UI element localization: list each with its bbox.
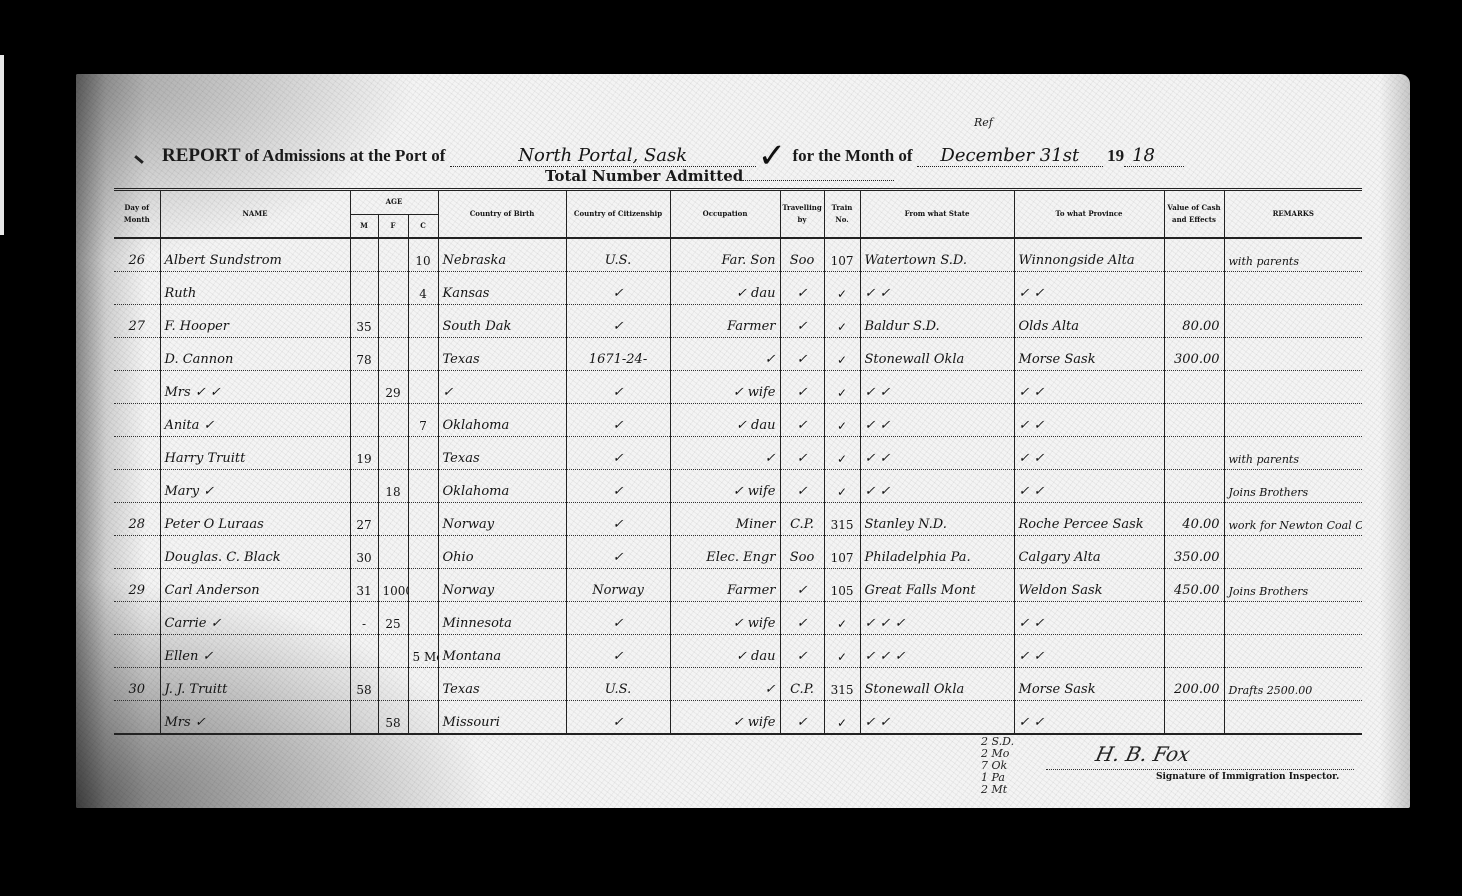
cell-to-province: Winnongside Alta: [1014, 238, 1164, 272]
cell-age-c: 10: [408, 238, 438, 272]
cell-train-no: 107: [824, 238, 860, 272]
cell-name: Mary ✓: [160, 470, 350, 503]
cell-remarks: [1224, 536, 1362, 569]
cell-from-state: Watertown S.D.: [860, 238, 1014, 272]
cell-age-m: 35: [350, 305, 378, 338]
cell-age-c: [408, 371, 438, 404]
cell-age-c: [408, 305, 438, 338]
cell-country-birth: Montana: [438, 635, 566, 668]
cell-cash-value: [1164, 701, 1224, 735]
cell-age-m: [350, 272, 378, 305]
admissions-table: Day of Month NAME AGE Country of Birth C…: [114, 188, 1362, 735]
cell-to-province: ✓ ✓: [1014, 404, 1164, 437]
cell-occupation: Far. Son: [670, 238, 780, 272]
table-row: 27F. Hooper35South Dak✓Farmer✓✓Baldur S.…: [114, 305, 1362, 338]
cell-name: D. Cannon: [160, 338, 350, 371]
for-month-label: for the Month of: [792, 146, 912, 165]
cell-remarks: Joins Brothers: [1224, 569, 1362, 602]
cell-from-state: Great Falls Mont: [860, 569, 1014, 602]
cell-day: 27: [114, 305, 160, 338]
cell-to-province: ✓ ✓: [1014, 602, 1164, 635]
cell-travelling-by: ✓: [780, 470, 824, 503]
cell-travelling-by: ✓: [780, 569, 824, 602]
cell-from-state: ✓ ✓: [860, 272, 1014, 305]
cell-age-c: [408, 470, 438, 503]
cell-country-citizenship: Norway: [566, 569, 670, 602]
cell-cash-value: [1164, 437, 1224, 470]
tally-line: 2 Mt: [981, 784, 1014, 796]
header-from-state: From what State: [860, 190, 1014, 239]
total-label: Total Number Admitted: [545, 167, 743, 185]
cell-train-no: 315: [824, 668, 860, 701]
cell-travelling-by: C.P.: [780, 668, 824, 701]
cell-age-f: [378, 635, 408, 668]
cell-from-state: ✓ ✓ ✓: [860, 635, 1014, 668]
cell-remarks: [1224, 371, 1362, 404]
year-prefix: 19: [1107, 146, 1124, 165]
table-row: Carrie ✓-25Minnesota✓✓ wife✓✓✓ ✓ ✓✓ ✓: [114, 602, 1362, 635]
header-remarks: REMARKS: [1224, 190, 1362, 239]
cell-remarks: [1224, 635, 1362, 668]
cell-train-no: 315: [824, 503, 860, 536]
cell-cash-value: 450.00: [1164, 569, 1224, 602]
table-row: Mary ✓18Oklahoma✓✓ wife✓✓✓ ✓✓ ✓Joins Bro…: [114, 470, 1362, 503]
cell-age-c: [408, 503, 438, 536]
cell-to-province: Calgary Alta: [1014, 536, 1164, 569]
title-rest: of Admissions at the Port of: [245, 146, 446, 165]
table-row: Douglas. C. Black30Ohio✓Elec. EngrSoo107…: [114, 536, 1362, 569]
cell-age-f: [378, 338, 408, 371]
cell-name: F. Hooper: [160, 305, 350, 338]
cell-name: Carl Anderson: [160, 569, 350, 602]
month-value: December 31st: [917, 145, 1103, 167]
cell-name: Mrs ✓: [160, 701, 350, 735]
cell-cash-value: [1164, 602, 1224, 635]
cell-remarks: with parents: [1224, 437, 1362, 470]
cell-occupation: ✓ dau: [670, 272, 780, 305]
tally-notes: 2 S.D. 2 Mo 7 Ok 1 Pa 2 Mt: [981, 736, 1014, 796]
cell-age-m: 58: [350, 668, 378, 701]
cell-age-m: [350, 635, 378, 668]
table-body: 26Albert Sundstrom10NebraskaU.S.Far. Son…: [114, 238, 1362, 734]
header-to-province: To what Province: [1014, 190, 1164, 239]
cell-occupation: Elec. Engr: [670, 536, 780, 569]
cell-age-m: 19: [350, 437, 378, 470]
cell-age-c: [408, 701, 438, 735]
cell-country-citizenship: ✓: [566, 602, 670, 635]
signature-line: [1046, 769, 1354, 770]
cell-country-citizenship: ✓: [566, 470, 670, 503]
cell-age-m: [350, 238, 378, 272]
cell-train-no: ✓: [824, 371, 860, 404]
film-edge: [0, 55, 4, 235]
cell-age-m: [350, 371, 378, 404]
cell-train-no: ✓: [824, 338, 860, 371]
cell-country-citizenship: ✓: [566, 701, 670, 735]
cell-country-citizenship: U.S.: [566, 668, 670, 701]
cell-day: 26: [114, 238, 160, 272]
cell-age-c: [408, 437, 438, 470]
cell-train-no: ✓: [824, 470, 860, 503]
header-train-no: Train No.: [824, 190, 860, 239]
cell-cash-value: 300.00: [1164, 338, 1224, 371]
cell-age-f: 18: [378, 470, 408, 503]
cell-age-f: [378, 238, 408, 272]
cell-from-state: ✓ ✓: [860, 701, 1014, 735]
header-day: Day of Month: [114, 190, 160, 239]
cell-remarks: [1224, 404, 1362, 437]
cell-age-f: [378, 305, 408, 338]
cell-country-citizenship: ✓: [566, 635, 670, 668]
cell-country-citizenship: ✓: [566, 371, 670, 404]
cell-country-citizenship: ✓: [566, 404, 670, 437]
cell-to-province: Olds Alta: [1014, 305, 1164, 338]
cell-cash-value: 200.00: [1164, 668, 1224, 701]
table-row: Ruth4Kansas✓✓ dau✓✓✓ ✓✓ ✓: [114, 272, 1362, 305]
header-age-m: M: [350, 214, 378, 238]
cell-day: [114, 272, 160, 305]
cell-remarks: [1224, 701, 1362, 735]
cell-country-birth: Kansas: [438, 272, 566, 305]
cell-country-citizenship: U.S.: [566, 238, 670, 272]
table-row: 30J. J. Truitt58TexasU.S.✓C.P.315Stonewa…: [114, 668, 1362, 701]
cell-from-state: ✓ ✓: [860, 470, 1014, 503]
header-cash: Value of Cash and Effects: [1164, 190, 1224, 239]
cell-country-citizenship: ✓: [566, 305, 670, 338]
cell-country-birth: South Dak: [438, 305, 566, 338]
cell-age-c: 4: [408, 272, 438, 305]
cell-from-state: Stonewall Okla: [860, 668, 1014, 701]
cell-remarks: Joins Brothers: [1224, 470, 1362, 503]
cell-day: [114, 437, 160, 470]
cell-from-state: Philadelphia Pa.: [860, 536, 1014, 569]
cell-country-birth: ✓: [438, 371, 566, 404]
cell-day: [114, 701, 160, 735]
cell-age-m: 30: [350, 536, 378, 569]
cell-country-citizenship: ✓: [566, 437, 670, 470]
cell-name: Peter O Luraas: [160, 503, 350, 536]
cell-occupation: Farmer: [670, 305, 780, 338]
cell-to-province: Weldon Sask: [1014, 569, 1164, 602]
cell-country-citizenship: ✓: [566, 272, 670, 305]
inspector-signature: H. B. Fox: [1093, 742, 1192, 766]
cell-country-citizenship: ✓: [566, 536, 670, 569]
cell-age-c: [408, 602, 438, 635]
cell-travelling-by: C.P.: [780, 503, 824, 536]
table-row: Harry Truitt19Texas✓✓✓✓✓ ✓✓ ✓with parent…: [114, 437, 1362, 470]
table-row: Anita ✓7Oklahoma✓✓ dau✓✓✓ ✓✓ ✓: [114, 404, 1362, 437]
total-value: [743, 180, 894, 181]
ref-note: Ref: [974, 116, 993, 129]
cell-train-no: ✓: [824, 602, 860, 635]
register-page: REPORT of Admissions at the Port of Nort…: [76, 74, 1410, 808]
cell-day: [114, 602, 160, 635]
cell-day: [114, 371, 160, 404]
cell-day: [114, 635, 160, 668]
cell-travelling-by: ✓: [780, 701, 824, 735]
cell-train-no: ✓: [824, 305, 860, 338]
cell-name: J. J. Truitt: [160, 668, 350, 701]
cell-country-birth: Texas: [438, 437, 566, 470]
cell-occupation: ✓ wife: [670, 371, 780, 404]
table-row: 26Albert Sundstrom10NebraskaU.S.Far. Son…: [114, 238, 1362, 272]
cell-to-province: ✓ ✓: [1014, 470, 1164, 503]
header-name: NAME: [160, 190, 350, 239]
cell-age-c: [408, 338, 438, 371]
cell-remarks: with parents: [1224, 238, 1362, 272]
cell-cash-value: [1164, 404, 1224, 437]
cell-to-province: ✓ ✓: [1014, 272, 1164, 305]
cell-travelling-by: Soo: [780, 536, 824, 569]
cell-to-province: ✓ ✓: [1014, 437, 1164, 470]
cell-age-c: 7: [408, 404, 438, 437]
cell-from-state: Baldur S.D.: [860, 305, 1014, 338]
cell-cash-value: 80.00: [1164, 305, 1224, 338]
cell-age-f: [378, 668, 408, 701]
cell-age-c: [408, 536, 438, 569]
cell-remarks: [1224, 338, 1362, 371]
cell-country-citizenship: ✓: [566, 503, 670, 536]
cell-travelling-by: ✓: [780, 305, 824, 338]
cell-day: [114, 536, 160, 569]
cell-cash-value: [1164, 470, 1224, 503]
cell-age-c: [408, 668, 438, 701]
cell-age-f: 29: [378, 371, 408, 404]
cell-occupation: ✓ wife: [670, 602, 780, 635]
year-suffix: 18: [1124, 145, 1184, 167]
cell-occupation: ✓: [670, 437, 780, 470]
cell-to-province: Morse Sask: [1014, 668, 1164, 701]
cell-remarks: Drafts 2500.00: [1224, 668, 1362, 701]
cell-country-birth: Oklahoma: [438, 404, 566, 437]
cell-occupation: Farmer: [670, 569, 780, 602]
cell-occupation: ✓: [670, 338, 780, 371]
report-title: REPORT of Admissions at the Port of Nort…: [162, 130, 1184, 170]
cell-travelling-by: ✓: [780, 272, 824, 305]
cell-from-state: Stanley N.D.: [860, 503, 1014, 536]
cell-from-state: ✓ ✓: [860, 404, 1014, 437]
cell-to-province: ✓ ✓: [1014, 635, 1164, 668]
cell-day: [114, 404, 160, 437]
cell-train-no: 105: [824, 569, 860, 602]
cell-to-province: Morse Sask: [1014, 338, 1164, 371]
cell-to-province: ✓ ✓: [1014, 701, 1164, 735]
cell-age-m: [350, 404, 378, 437]
cell-to-province: Roche Percee Sask: [1014, 503, 1164, 536]
cell-occupation: ✓ wife: [670, 470, 780, 503]
cell-age-c: 5 Mos: [408, 635, 438, 668]
cell-name: Harry Truitt: [160, 437, 350, 470]
cell-train-no: ✓: [824, 701, 860, 735]
cell-remarks: work for Newton Coal Co.: [1224, 503, 1362, 536]
cell-cash-value: [1164, 272, 1224, 305]
cell-age-f: [378, 437, 408, 470]
table-row: 28Peter O Luraas27Norway✓MinerC.P.315Sta…: [114, 503, 1362, 536]
cell-cash-value: 40.00: [1164, 503, 1224, 536]
cell-travelling-by: ✓: [780, 437, 824, 470]
cell-name: Ellen ✓: [160, 635, 350, 668]
cell-train-no: 107: [824, 536, 860, 569]
cell-age-m: 31: [350, 569, 378, 602]
cell-age-m: [350, 701, 378, 735]
table-row: Ellen ✓5 MosMontana✓✓ dau✓✓✓ ✓ ✓✓ ✓: [114, 635, 1362, 668]
cell-country-birth: Texas: [438, 338, 566, 371]
cell-cash-value: [1164, 635, 1224, 668]
cell-age-f: [378, 503, 408, 536]
cell-remarks: [1224, 305, 1362, 338]
cell-train-no: ✓: [824, 404, 860, 437]
cell-cash-value: [1164, 238, 1224, 272]
cell-from-state: ✓ ✓ ✓: [860, 602, 1014, 635]
cell-occupation: ✓ wife: [670, 701, 780, 735]
cell-age-f: [378, 404, 408, 437]
cell-travelling-by: ✓: [780, 404, 824, 437]
cell-country-birth: Norway: [438, 503, 566, 536]
cell-cash-value: 350.00: [1164, 536, 1224, 569]
port-value: North Portal, Sask: [450, 145, 756, 167]
header-age-c: C: [408, 214, 438, 238]
header-age: AGE: [350, 190, 438, 215]
cell-from-state: ✓ ✓: [860, 437, 1014, 470]
cell-country-birth: Oklahoma: [438, 470, 566, 503]
cell-occupation: ✓ dau: [670, 635, 780, 668]
cell-train-no: ✓: [824, 272, 860, 305]
cell-name: Anita ✓: [160, 404, 350, 437]
cell-name: Mrs ✓ ✓: [160, 371, 350, 404]
cell-country-birth: Missouri: [438, 701, 566, 735]
margin-mark: [134, 155, 144, 164]
cell-age-m: 78: [350, 338, 378, 371]
cell-country-birth: Nebraska: [438, 238, 566, 272]
cell-remarks: [1224, 602, 1362, 635]
cell-occupation: ✓ dau: [670, 404, 780, 437]
cell-age-f: 100081-43: [378, 569, 408, 602]
cell-day: 30: [114, 668, 160, 701]
table-row: D. Cannon78Texas1671-24-✓✓✓Stonewall Okl…: [114, 338, 1362, 371]
header-country-citizenship: Country of Citizenship: [566, 190, 670, 239]
cell-country-birth: Norway: [438, 569, 566, 602]
cell-name: Douglas. C. Black: [160, 536, 350, 569]
cell-country-birth: Minnesota: [438, 602, 566, 635]
cell-from-state: ✓ ✓: [860, 371, 1014, 404]
cell-day: [114, 338, 160, 371]
cell-day: 29: [114, 569, 160, 602]
cell-to-province: ✓ ✓: [1014, 371, 1164, 404]
cell-occupation: ✓: [670, 668, 780, 701]
cell-country-birth: Texas: [438, 668, 566, 701]
cell-travelling-by: Soo: [780, 238, 824, 272]
cell-travelling-by: ✓: [780, 371, 824, 404]
cell-travelling-by: ✓: [780, 635, 824, 668]
cell-age-f: 58: [378, 701, 408, 735]
cell-remarks: [1224, 272, 1362, 305]
cell-travelling-by: ✓: [780, 338, 824, 371]
header-country-birth: Country of Birth: [438, 190, 566, 239]
cell-occupation: Miner: [670, 503, 780, 536]
cell-country-citizenship: 1671-24-: [566, 338, 670, 371]
cell-day: [114, 470, 160, 503]
header-travelling-by: Travelling by: [780, 190, 824, 239]
table-row: Mrs ✓58Missouri✓✓ wife✓✓✓ ✓✓ ✓: [114, 701, 1362, 735]
table-row: 29Carl Anderson31100081-43NorwayNorwayFa…: [114, 569, 1362, 602]
header-age-f: F: [378, 214, 408, 238]
cell-country-birth: Ohio: [438, 536, 566, 569]
cell-name: Carrie ✓: [160, 602, 350, 635]
cell-from-state: Stonewall Okla: [860, 338, 1014, 371]
cell-age-m: 27: [350, 503, 378, 536]
cell-age-f: 25: [378, 602, 408, 635]
total-admitted: Total Number Admitted: [545, 167, 894, 185]
cell-train-no: ✓: [824, 635, 860, 668]
cell-age-f: [378, 272, 408, 305]
cell-name: Albert Sundstrom: [160, 238, 350, 272]
table-row: Mrs ✓ ✓29✓✓✓ wife✓✓✓ ✓✓ ✓: [114, 371, 1362, 404]
cell-travelling-by: ✓: [780, 602, 824, 635]
cell-age-m: -: [350, 602, 378, 635]
cell-day: 28: [114, 503, 160, 536]
title-prefix: REPORT: [162, 145, 241, 166]
cell-name: Ruth: [160, 272, 350, 305]
cell-cash-value: [1164, 371, 1224, 404]
cell-age-f: [378, 536, 408, 569]
cell-train-no: ✓: [824, 437, 860, 470]
header-occupation: Occupation: [670, 190, 780, 239]
cell-age-m: [350, 470, 378, 503]
cell-age-c: [408, 569, 438, 602]
signature-label: Signature of Immigration Inspector.: [1156, 772, 1339, 782]
